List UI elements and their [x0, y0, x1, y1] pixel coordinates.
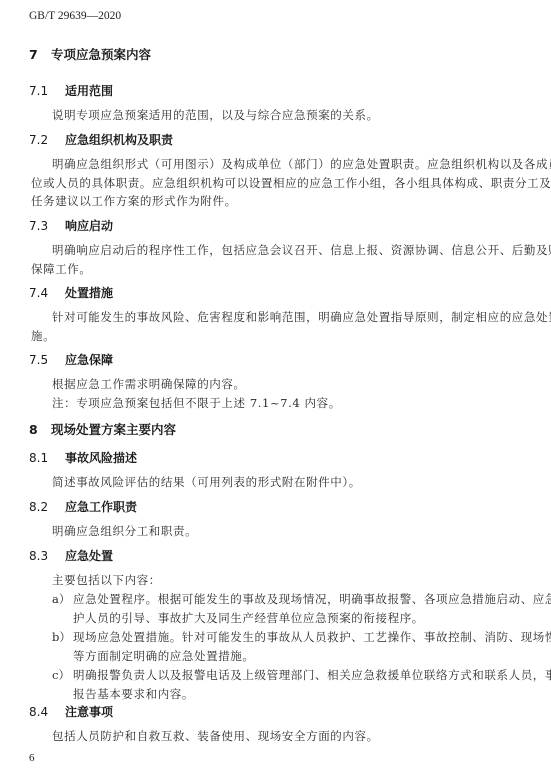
section-heading-7: 7专项应急预案内容	[29, 45, 151, 63]
subsection-title: 应急保障	[65, 353, 113, 367]
list-item-line: 应急处置程序。根据可能发生的事故及现场情况，明确事故报警、各项应急措施启动、应急…	[73, 591, 551, 607]
subsection-title: 事故风险描述	[65, 451, 137, 465]
list-item-line: 护人员的引导、事故扩大及同生产经营单位应急预案的衔接程序。	[73, 610, 424, 626]
list-item-line: 明确报警负责人以及报警电话及上级管理部门、相关应急救援单位联络方式和联系人员，事…	[73, 667, 551, 683]
subsection-number: 8.1	[29, 451, 65, 465]
subsection-title: 应急工作职责	[65, 500, 137, 514]
subsection-title: 适用范围	[65, 84, 113, 98]
note-line: 注：专项应急预案包括但不限于上述 7.1~7.4 内容。	[52, 395, 341, 411]
subsection-number: 8.3	[29, 549, 65, 563]
list-item-line: 报告基本要求和内容。	[73, 686, 194, 702]
section-number: 8	[29, 422, 51, 437]
subsection-number: 8.2	[29, 500, 65, 514]
subsection-heading-8-4: 8.4注意事项	[29, 703, 113, 720]
paragraph-line: 根据应急工作需求明确保障的内容。	[52, 376, 246, 392]
subsection-title: 处置措施	[65, 286, 113, 300]
paragraph-line: 位或人员的具体职责。应急组织机构可以设置相应的应急工作小组，各小组具体构成、职责…	[31, 175, 551, 191]
subsection-heading-8-2: 8.2应急工作职责	[29, 498, 137, 515]
subsection-number: 8.4	[29, 705, 65, 719]
subsection-heading-8-1: 8.1事故风险描述	[29, 449, 137, 466]
paragraph-line: 明确应急组织形式（可用图示）及构成单位（部门）的应急处置职责。应急组织机构以及各…	[52, 156, 551, 172]
subsection-number: 7.3	[29, 219, 65, 233]
subsection-heading-7-4: 7.4处置措施	[29, 284, 113, 301]
subsection-heading-7-2: 7.2应急组织机构及职责	[29, 131, 173, 148]
subsection-title: 注意事项	[65, 705, 113, 719]
subsection-number: 7.2	[29, 133, 65, 147]
subsection-title: 应急处置	[65, 549, 113, 563]
list-item-marker: b）	[52, 629, 71, 645]
section-title: 专项应急预案内容	[51, 47, 151, 62]
paragraph-line: 施。	[31, 328, 55, 344]
list-item-marker: a）	[52, 591, 70, 607]
subsection-title: 响应启动	[65, 219, 113, 233]
subsection-heading-7-1: 7.1适用范围	[29, 82, 113, 99]
list-item-line: 现场应急处置措施。针对可能发生的事故从人员救护、工艺操作、事故控制、消防、现场恢…	[73, 629, 551, 645]
list-item-marker: c）	[52, 667, 70, 683]
subsection-heading-7-5: 7.5应急保障	[29, 351, 113, 368]
section-heading-8: 8现场处置方案主要内容	[29, 420, 176, 438]
paragraph-line: 保障工作。	[31, 261, 92, 277]
list-item-line: 等方面制定明确的应急处置措施。	[73, 648, 255, 664]
subsection-heading-8-3: 8.3应急处置	[29, 547, 113, 564]
section-title: 现场处置方案主要内容	[51, 422, 176, 437]
document-standard-number: GB/T 29639—2020	[29, 10, 121, 22]
paragraph-line: 任务建议以工作方案的形式作为附件。	[31, 193, 237, 209]
subsection-number: 7.4	[29, 286, 65, 300]
paragraph-line: 针对可能发生的事故风险、危害程度和影响范围，明确应急处置指导原则，制定相应的应急…	[52, 309, 551, 325]
subsection-number: 7.5	[29, 353, 65, 367]
page-number: 6	[29, 752, 35, 764]
subsection-heading-7-3: 7.3响应启动	[29, 217, 113, 234]
paragraph-line: 明确应急组织分工和职责。	[52, 523, 197, 539]
paragraph-line: 包括人员防护和自救互救、装备使用、现场安全方面的内容。	[52, 728, 379, 744]
section-number: 7	[29, 47, 51, 62]
paragraph-line: 简述事故风险评估的结果（可用列表的形式附在附件中）。	[52, 474, 361, 490]
subsection-title: 应急组织机构及职责	[65, 133, 173, 147]
paragraph-line: 明确响应启动后的程序性工作，包括应急会议召开、信息上报、资源协调、信息公开、后勤…	[52, 242, 551, 258]
paragraph-line: 说明专项应急预案适用的范围，以及与综合应急预案的关系。	[52, 107, 379, 123]
list-intro: 主要包括以下内容：	[52, 572, 161, 588]
subsection-number: 7.1	[29, 84, 65, 98]
